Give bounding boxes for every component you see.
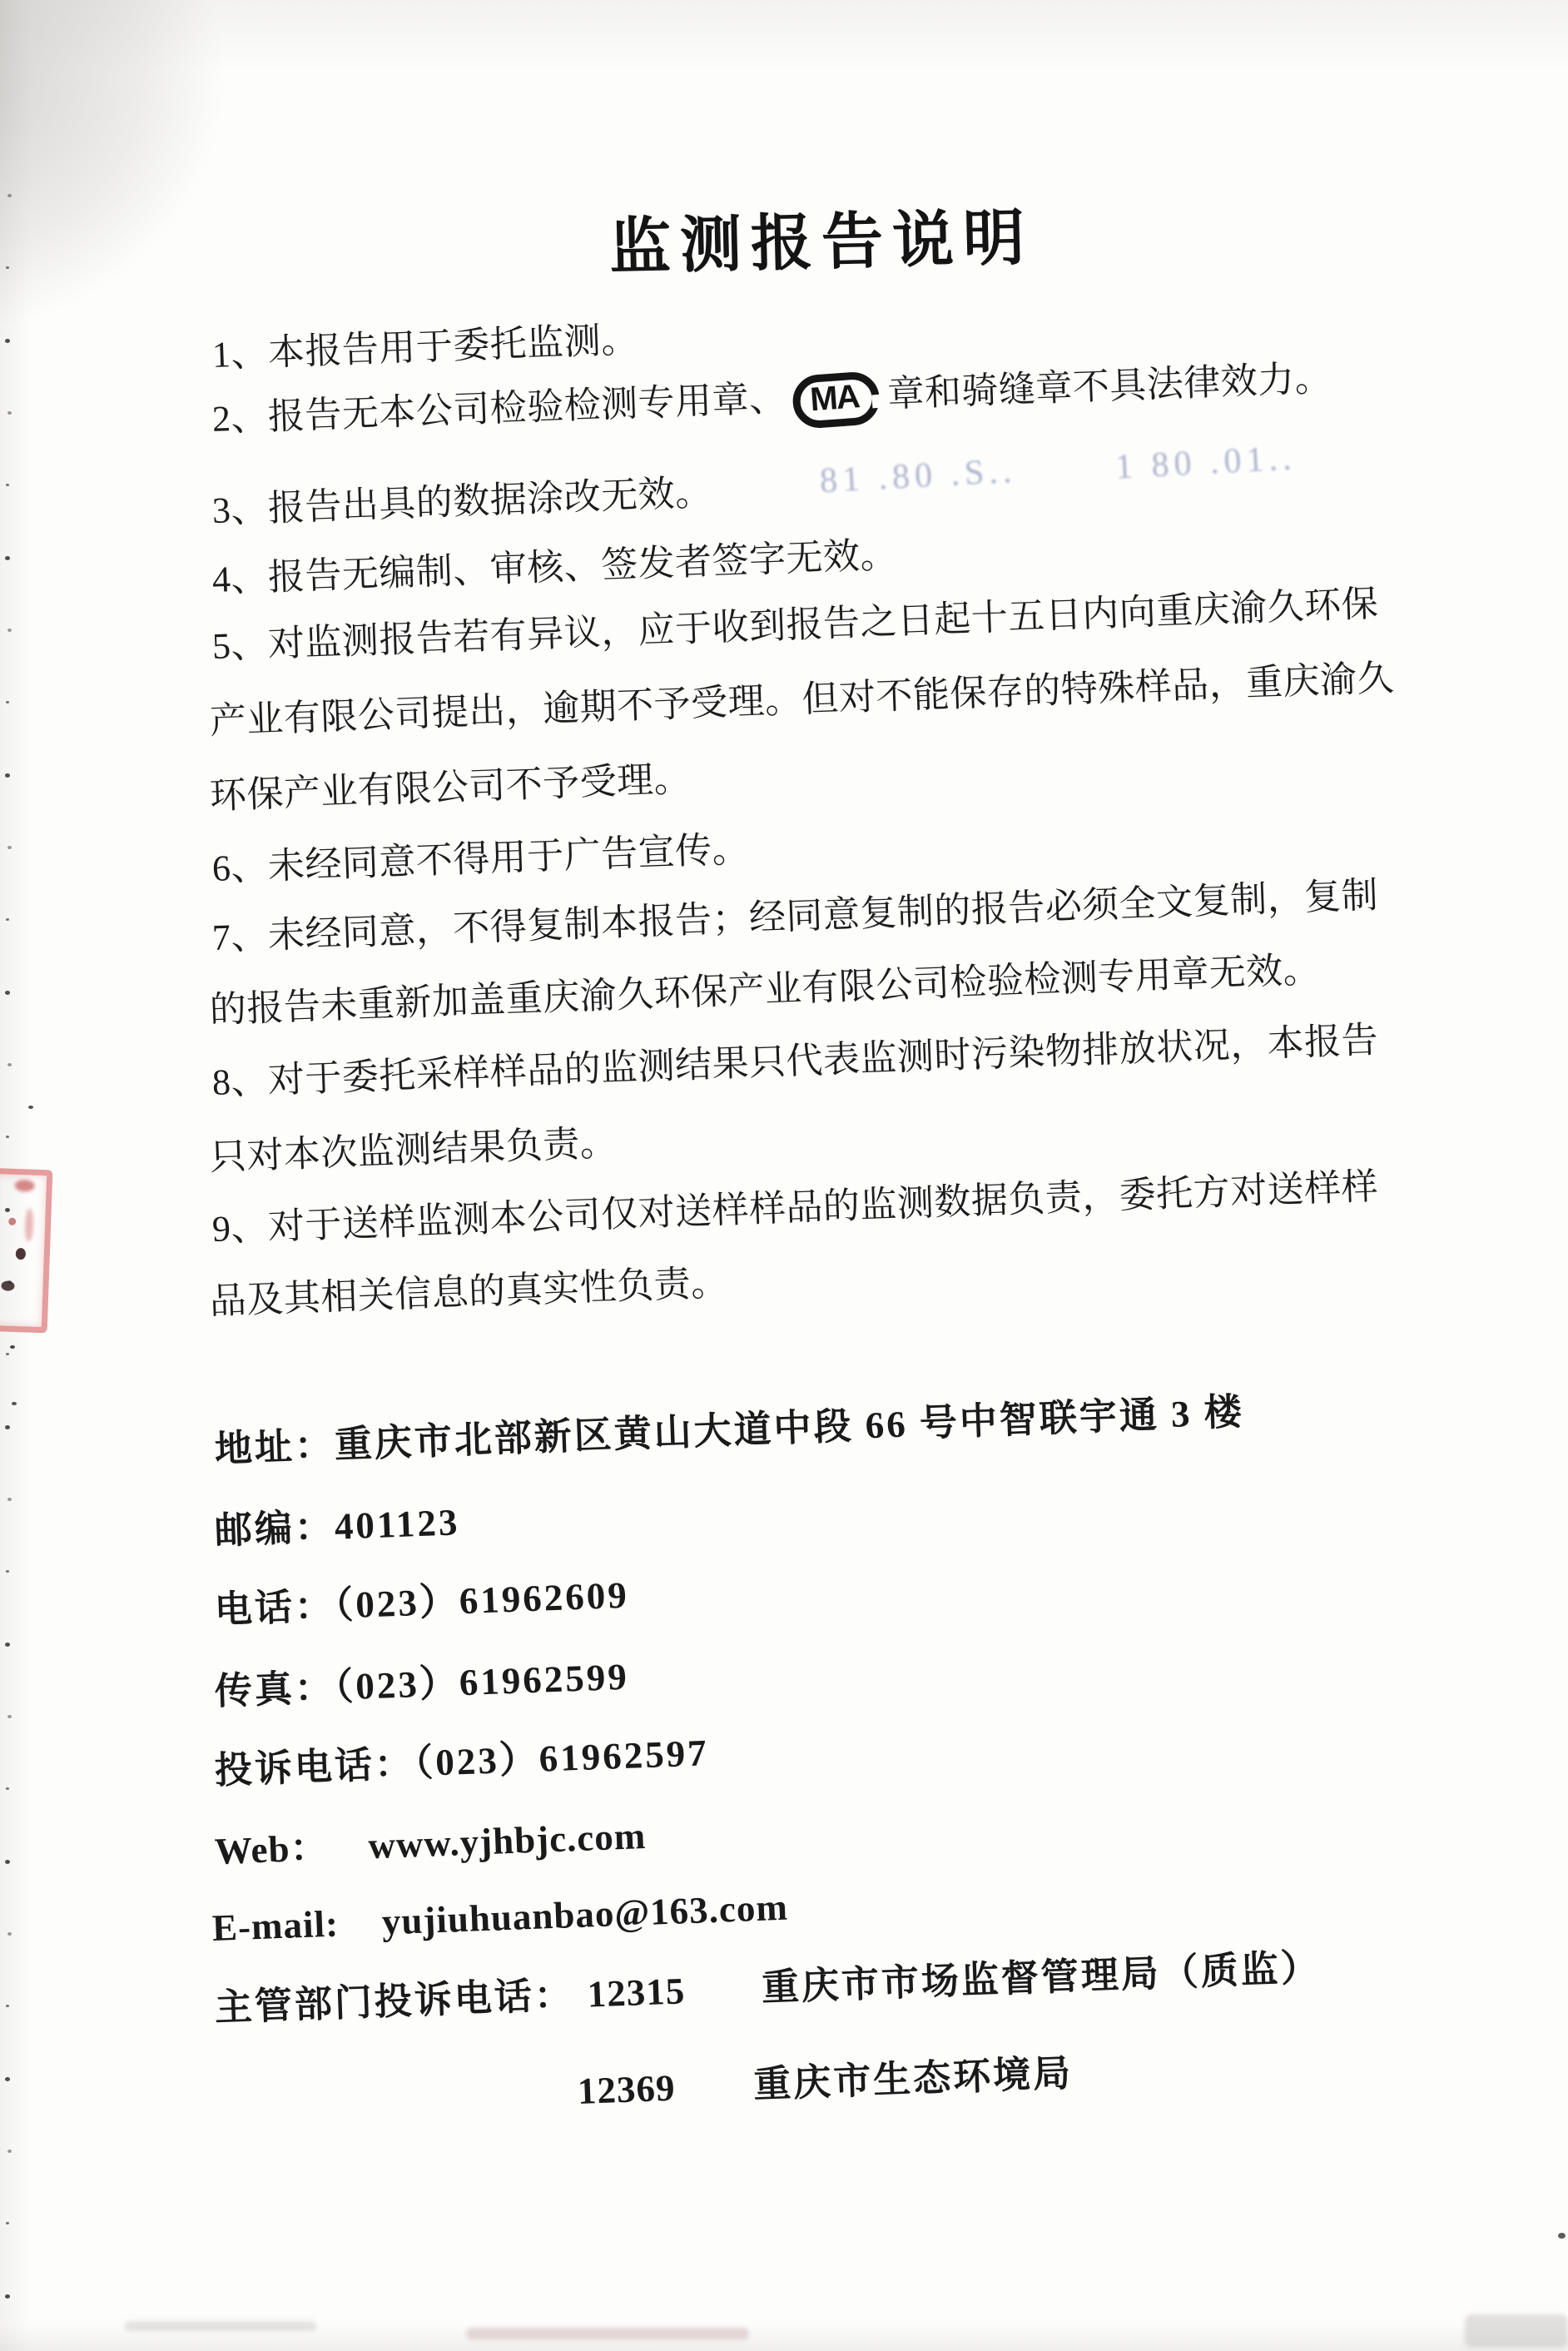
- edge-speck: [7, 1932, 12, 1936]
- edge-speck: [7, 1280, 12, 1284]
- edge-speck: [7, 629, 12, 632]
- edge-speck: [5, 1860, 10, 1864]
- stamp-blotch: [24, 1208, 33, 1241]
- note-6: 6、未经同意不得用于广告宣传。: [211, 825, 750, 893]
- supervisor-2-name: 重庆市生态环境局: [752, 2049, 1074, 2109]
- edge-speck: [5, 556, 10, 560]
- note-1: 1、本报告用于委托监测。: [211, 316, 639, 380]
- email-address: yujiuhuanbao@163.com: [381, 1883, 789, 1946]
- red-stamp-fragment: [0, 1168, 52, 1334]
- edge-speck: [5, 773, 10, 778]
- spacer: [339, 1922, 382, 1924]
- scan-smudge: [466, 2328, 749, 2339]
- cma-mark-letters: MA: [799, 371, 871, 425]
- edge-speck: [6, 484, 9, 486]
- scan-smudge: [125, 2321, 316, 2331]
- email-label: E-mail:: [211, 1899, 340, 1952]
- edge-speck: [7, 411, 12, 415]
- scanned-report-page: 监测报告说明 1、本报告用于委托监测。 2、报告无本公司检验检测专用章、 MA …: [0, 0, 1568, 2351]
- contact-phone: 电话：（023）61962609: [214, 1571, 630, 1634]
- spacer: [328, 1846, 368, 1847]
- edge-speck: [5, 339, 10, 343]
- edge-speck: [6, 2222, 9, 2224]
- spacer: [685, 1988, 762, 1991]
- edge-speck: [5, 2294, 10, 2299]
- edge-speck: [6, 2005, 9, 2007]
- note-2-text-after: 章和骑缝章不具法律效力。: [886, 355, 1332, 420]
- stamp-blotch: [14, 1180, 34, 1192]
- edge-speck: [6, 1353, 9, 1355]
- edge-speck: [7, 846, 12, 849]
- edge-speck: [6, 1570, 9, 1573]
- note-9-line-2: 品及其相关信息的真实性负责。: [209, 1259, 729, 1326]
- edge-speck: [6, 266, 9, 269]
- spacer: [675, 2085, 753, 2087]
- edge-speck: [5, 1208, 10, 1212]
- edge-speck: [7, 1498, 12, 1501]
- contact-fax: 传真：（023）61962599: [214, 1653, 630, 1716]
- ink-bleedthrough-text: 1 80 .01..: [1114, 438, 1298, 487]
- edge-speck: [5, 2077, 10, 2081]
- edge-speck: [28, 1106, 33, 1109]
- scan-smudge: [1465, 2314, 1568, 2348]
- edge-speck: [7, 1063, 12, 1066]
- note-2-text-before: 2、报告无本公司检验检测专用章、: [211, 375, 787, 444]
- supervisor-2-number: 12369: [577, 2064, 677, 2115]
- edge-speck: [12, 1402, 17, 1405]
- note-5-line-2: 产业有限公司提出，逾期不予受理。但对不能保存的特殊样品，重庆渝久: [209, 654, 1395, 746]
- contact-email: E-mail: yujiuhuanbao@163.com: [211, 1883, 789, 1952]
- note-8-line-2: 只对本次监测结果负责。: [209, 1119, 618, 1182]
- supervisor-complaint-line-2: 12369 重庆市生态环境局: [577, 2049, 1074, 2115]
- edge-speck: [5, 991, 10, 995]
- edge-speck: [5, 1425, 10, 1429]
- supervisor-1-name: 重庆市市场监督管理局（质监）: [761, 1943, 1322, 2012]
- web-url: www.yjhbjc.com: [367, 1812, 647, 1870]
- edge-speck: [5, 1643, 10, 1647]
- note-3: 3、报告出具的数据涂改无效。: [211, 469, 713, 535]
- edge-speck: [7, 194, 12, 197]
- page-title: 监测报告说明: [608, 188, 1035, 286]
- supervisor-complaint-line-1: 主管部门投诉电话： 12315 重庆市市场监督管理局（质监）: [214, 1943, 1322, 2032]
- note-8-line-1: 8、对于委托采样样品的监测结果只代表监测时污染物排放状况，本报告: [211, 1016, 1379, 1107]
- spacer: [574, 1995, 588, 1996]
- note-9-line-1: 9、对于送样监测本公司仅对送样样品的监测数据负责，委托方对送样样: [211, 1163, 1379, 1254]
- edge-speck: [6, 701, 9, 703]
- contact-web: Web： www.yjhbjc.com: [214, 1812, 647, 1876]
- web-label: Web：: [214, 1823, 330, 1876]
- contact-complaint-phone: 投诉电话：（023）61962597: [214, 1728, 710, 1795]
- note-5-line-3: 环保产业有限公司不予受理。: [209, 755, 692, 821]
- edge-speck: [6, 918, 9, 921]
- contact-address: 地址：重庆市北部新区黄山大道中段 66 号中智联宇通 3 楼: [214, 1388, 1245, 1474]
- supervisor-label: 主管部门投诉电话：: [214, 1971, 575, 2032]
- cma-certification-mark-icon: MA: [791, 370, 881, 430]
- edge-speck: [10, 1345, 15, 1349]
- stamp-blotch: [16, 1248, 26, 1260]
- note-4: 4、报告无编制、审核、签发者签字无效。: [211, 531, 898, 604]
- edge-speck: [6, 1136, 9, 1138]
- supervisor-1-number: 12315: [587, 1966, 687, 2018]
- edge-speck: [7, 1715, 12, 1718]
- cma-mark-opening: [871, 395, 881, 409]
- contact-postcode: 邮编：401123: [214, 1498, 460, 1555]
- edge-speck: [1558, 2233, 1566, 2239]
- edge-speck: [7, 2150, 12, 2153]
- edge-speck: [6, 1787, 9, 1790]
- ink-bleedthrough-text: 81 .80 .S..: [819, 451, 1018, 501]
- stamp-blotch: [8, 1218, 16, 1225]
- note-7-line-2: 的报告未重新加盖重庆渝久环保产业有限公司检验检测专用章无效。: [209, 946, 1321, 1035]
